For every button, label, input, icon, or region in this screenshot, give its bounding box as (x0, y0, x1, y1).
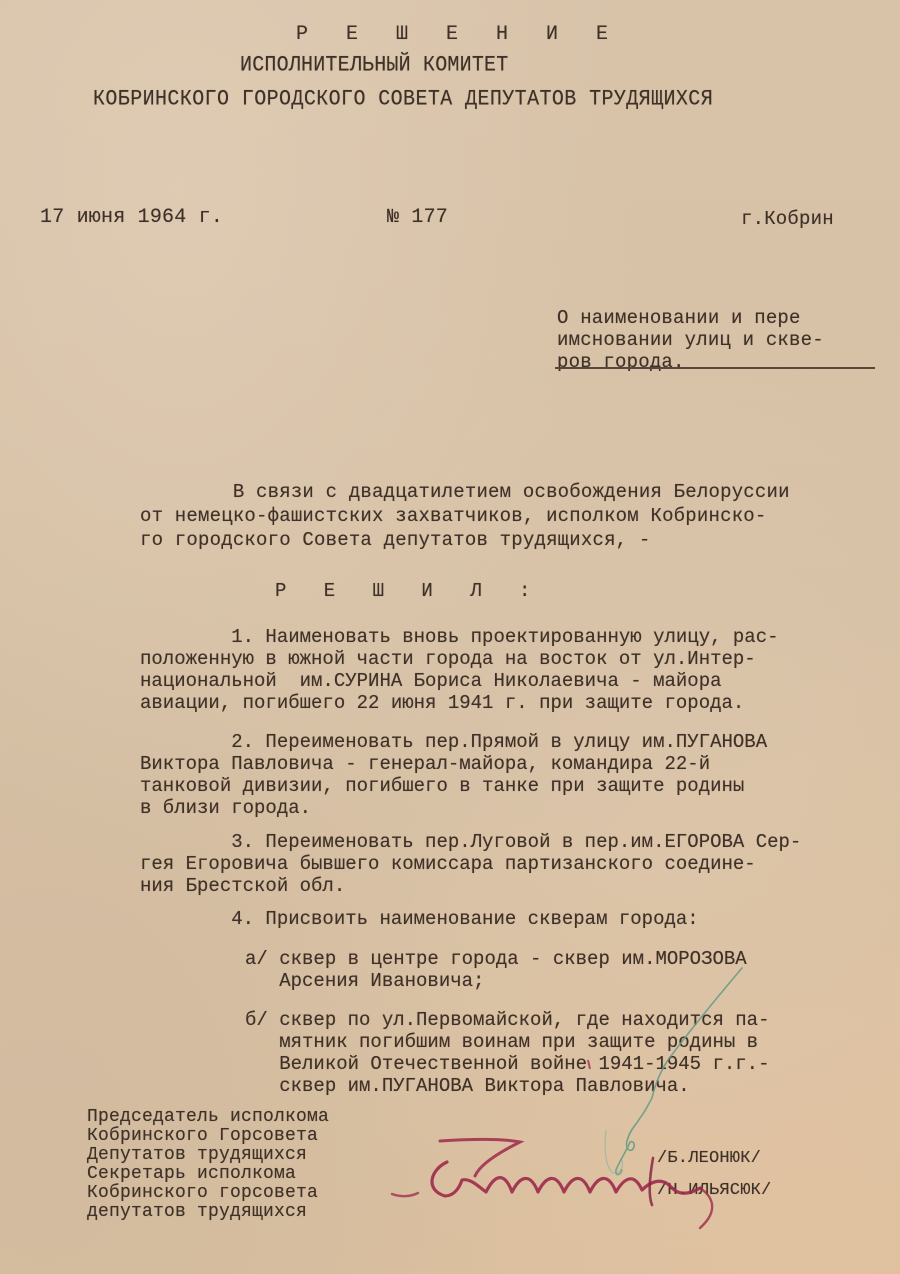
resolution-item-2: 2. Переименовать пер.Прямой в улицу им.П… (140, 731, 767, 819)
resolution-item-1: 1. Наименовать вновь проектированную ули… (140, 626, 779, 714)
subject-underline (555, 367, 875, 369)
resolved-heading: Р Е Ш И Л : (275, 580, 543, 602)
secretary-name: /Н.ИЛЬЯСЮК/ (657, 1180, 771, 1202)
preamble-paragraph: В связи с двадцатилетием освобождения Бе… (140, 480, 790, 552)
document-city: г.Кобрин (741, 208, 834, 230)
chairman-name: /Б.ЛЕОНЮК/ (657, 1148, 761, 1170)
document-date: 17 июня 1964 г. (40, 207, 223, 229)
organization-line-2: КОБРИНСКОГО ГОРОДСКОГО СОВЕТА ДЕПУТАТОВ … (93, 88, 713, 112)
organization-line-1: ИСПОЛНИТЕЛЬНЫЙ КОМИТЕТ (240, 54, 508, 78)
document-title: Р Е Ш Е Н И Е (296, 24, 621, 46)
document-page: Р Е Ш Е Н И Е ИСПОЛНИТЕЛЬНЫЙ КОМИТЕТ КОБ… (0, 0, 900, 1274)
resolution-subitem-a: а/ сквер в центре города - сквер им.МОРО… (245, 948, 747, 992)
resolution-subitem-b: б/ сквер по ул.Первомайской, где находит… (245, 1009, 770, 1097)
document-number: № 177 (387, 207, 448, 229)
signatory-titles: Председатель исполкома Кобринского Горсо… (87, 1108, 329, 1222)
resolution-item-4: 4. Присвоить наименование скверам города… (140, 908, 699, 930)
resolution-item-3: 3. Переименовать пер.Луговой в пер.им.ЕГ… (140, 831, 801, 897)
document-subject: О наименовании и пере имсновании улиц и … (557, 307, 824, 373)
